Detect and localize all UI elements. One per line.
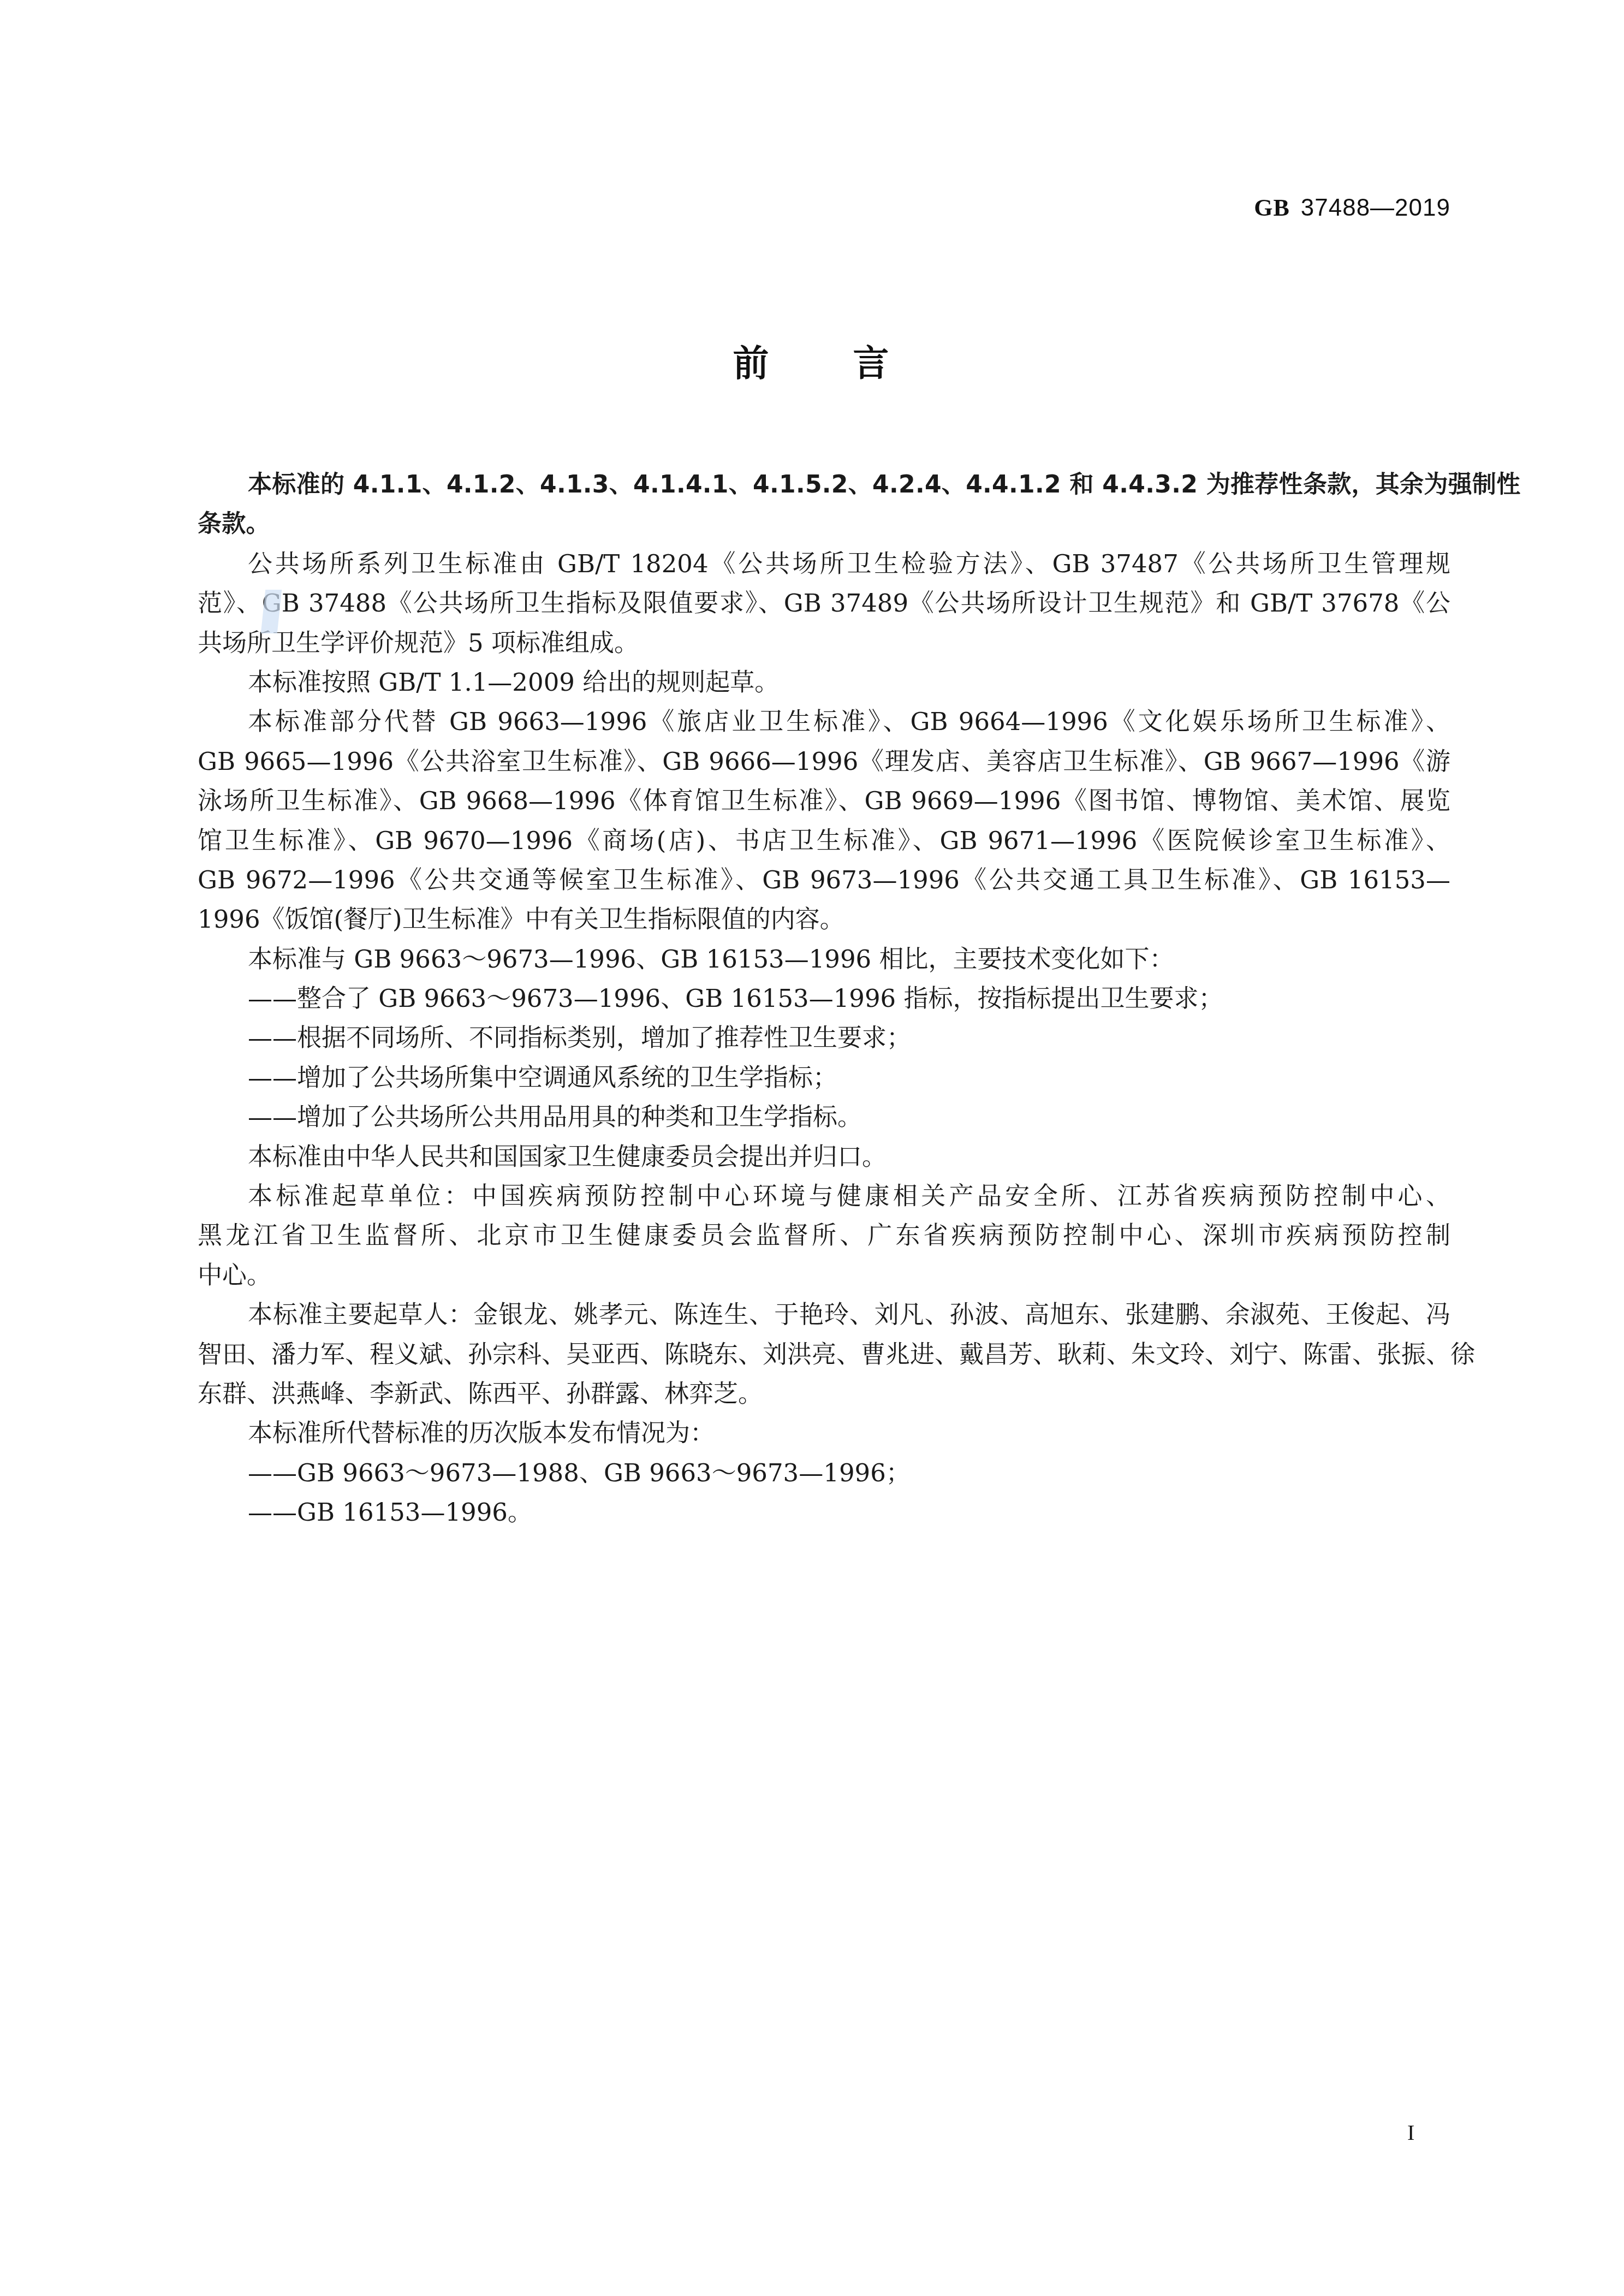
standard-number: 37488—2019 — [1301, 194, 1450, 221]
title-char-2: 言 — [853, 334, 891, 386]
paragraph-proposed-by: 本标准由中华人民共和国国家卫生健康委员会提出并归口。 — [198, 1137, 1450, 1177]
text-line: 本标准主要起草人：金银龙、姚孝元、陈连生、于艳玲、刘凡、孙波、高旭东、张建鹏、余… — [198, 1295, 1450, 1334]
paragraph-series-standards: 公共场所系列卫生标准由 GB/T 18204《公共场所卫生检验方法》、GB 37… — [198, 544, 1450, 663]
page-title: 前言 — [0, 334, 1624, 386]
text-line: 本标准部分代替 GB 9663—1996《旅店业卫生标准》、GB 9664—19… — [198, 702, 1450, 741]
list-item: ——GB 16153—1996。 — [198, 1493, 1450, 1532]
paragraph-drafters: 本标准主要起草人：金银龙、姚孝元、陈连生、于艳玲、刘凡、孙波、高旭东、张建鹏、余… — [198, 1295, 1450, 1414]
text-line: 泳场所卫生标准》、GB 9668—1996《体育馆卫生标准》、GB 9669—1… — [198, 781, 1450, 821]
text-line: 本标准起草单位：中国疾病预防控制中心环境与健康相关产品安全所、江苏省疾病预防控制… — [198, 1177, 1450, 1216]
text-line: 黑龙江省卫生监督所、北京市卫生健康委员会监督所、广东省疾病预防控制中心、深圳市疾… — [198, 1216, 1450, 1255]
list-item: ——整合了 GB 9663～9673—1996、GB 16153—1996 指标… — [198, 979, 1450, 1018]
list-version-history: ——GB 9663～9673—1988、GB 9663～9673—1996； —… — [198, 1453, 1450, 1533]
foreword-body: 本标准的 4.1.1、4.1.2、4.1.3、4.1.4.1、4.1.5.2、4… — [198, 465, 1450, 1533]
list-item: ——GB 9663～9673—1988、GB 9663～9673—1996； — [198, 1453, 1450, 1493]
standard-prefix: GB — [1254, 194, 1290, 221]
text-line: 共场所卫生学评价规范》5 项标准组成。 — [198, 624, 1450, 663]
list-technical-changes: ——整合了 GB 9663～9673—1996、GB 16153—1996 指标… — [198, 979, 1450, 1137]
text-line: 本标准的 4.1.1、4.1.2、4.1.3、4.1.4.1、4.1.5.2、4… — [198, 465, 1450, 505]
page-number: I — [1407, 2120, 1414, 2145]
text-line: 东群、洪燕峰、李新武、陈西平、孙群露、林弈芝。 — [198, 1374, 1450, 1414]
paragraph-clause-status: 本标准的 4.1.1、4.1.2、4.1.3、4.1.4.1、4.1.5.2、4… — [198, 465, 1450, 544]
text-line: 中心。 — [198, 1256, 1450, 1295]
text-line: 本标准所代替标准的历次版本发布情况为： — [198, 1414, 1450, 1453]
text-line: 范》、GB 37488《公共场所卫生指标及限值要求》、GB 37489《公共场所… — [198, 584, 1450, 623]
text-line: 条款。 — [198, 505, 1450, 544]
text-line: GB 9672—1996《公共交通等候室卫生标准》、GB 9673—1996《公… — [198, 861, 1450, 900]
paragraph-changes-intro: 本标准与 GB 9663～9673—1996、GB 16153—1996 相比，… — [198, 940, 1450, 979]
text-line: 本标准与 GB 9663～9673—1996、GB 16153—1996 相比，… — [198, 940, 1450, 979]
paragraph-replaces: 本标准部分代替 GB 9663—1996《旅店业卫生标准》、GB 9664—19… — [198, 702, 1450, 939]
paragraph-drafting-rules: 本标准按照 GB/T 1.1—2009 给出的规则起草。 — [198, 663, 1450, 702]
document-page: GB37488—2019 前言 本标准的 4.1.1、4.1.2、4.1.3、4… — [0, 0, 1624, 2296]
text-line: 智田、潘力军、程义斌、孙宗科、吴亚西、陈晓东、刘洪亮、曹兆进、戴昌芳、耿莉、朱文… — [198, 1335, 1450, 1374]
list-item: ——增加了公共场所公共用品用具的种类和卫生学指标。 — [198, 1097, 1450, 1137]
text-line: 馆卫生标准》、GB 9670—1996《商场(店)、书店卫生标准》、GB 967… — [198, 821, 1450, 861]
paragraph-version-history-intro: 本标准所代替标准的历次版本发布情况为： — [198, 1414, 1450, 1453]
standard-code-header: GB37488—2019 — [1254, 194, 1450, 222]
title-char-1: 前 — [733, 334, 771, 386]
text-line: 公共场所系列卫生标准由 GB/T 18204《公共场所卫生检验方法》、GB 37… — [198, 544, 1450, 584]
list-item: ——根据不同场所、不同指标类别，增加了推荐性卫生要求； — [198, 1018, 1450, 1058]
text-line: 1996《饭馆(餐厅)卫生标准》中有关卫生指标限值的内容。 — [198, 900, 1450, 939]
text-line: 本标准按照 GB/T 1.1—2009 给出的规则起草。 — [198, 663, 1450, 702]
paragraph-drafting-units: 本标准起草单位：中国疾病预防控制中心环境与健康相关产品安全所、江苏省疾病预防控制… — [198, 1177, 1450, 1295]
text-line: 本标准由中华人民共和国国家卫生健康委员会提出并归口。 — [198, 1137, 1450, 1177]
list-item: ——增加了公共场所集中空调通风系统的卫生学指标； — [198, 1058, 1450, 1097]
text-line: GB 9665—1996《公共浴室卫生标准》、GB 9666—1996《理发店、… — [198, 742, 1450, 781]
